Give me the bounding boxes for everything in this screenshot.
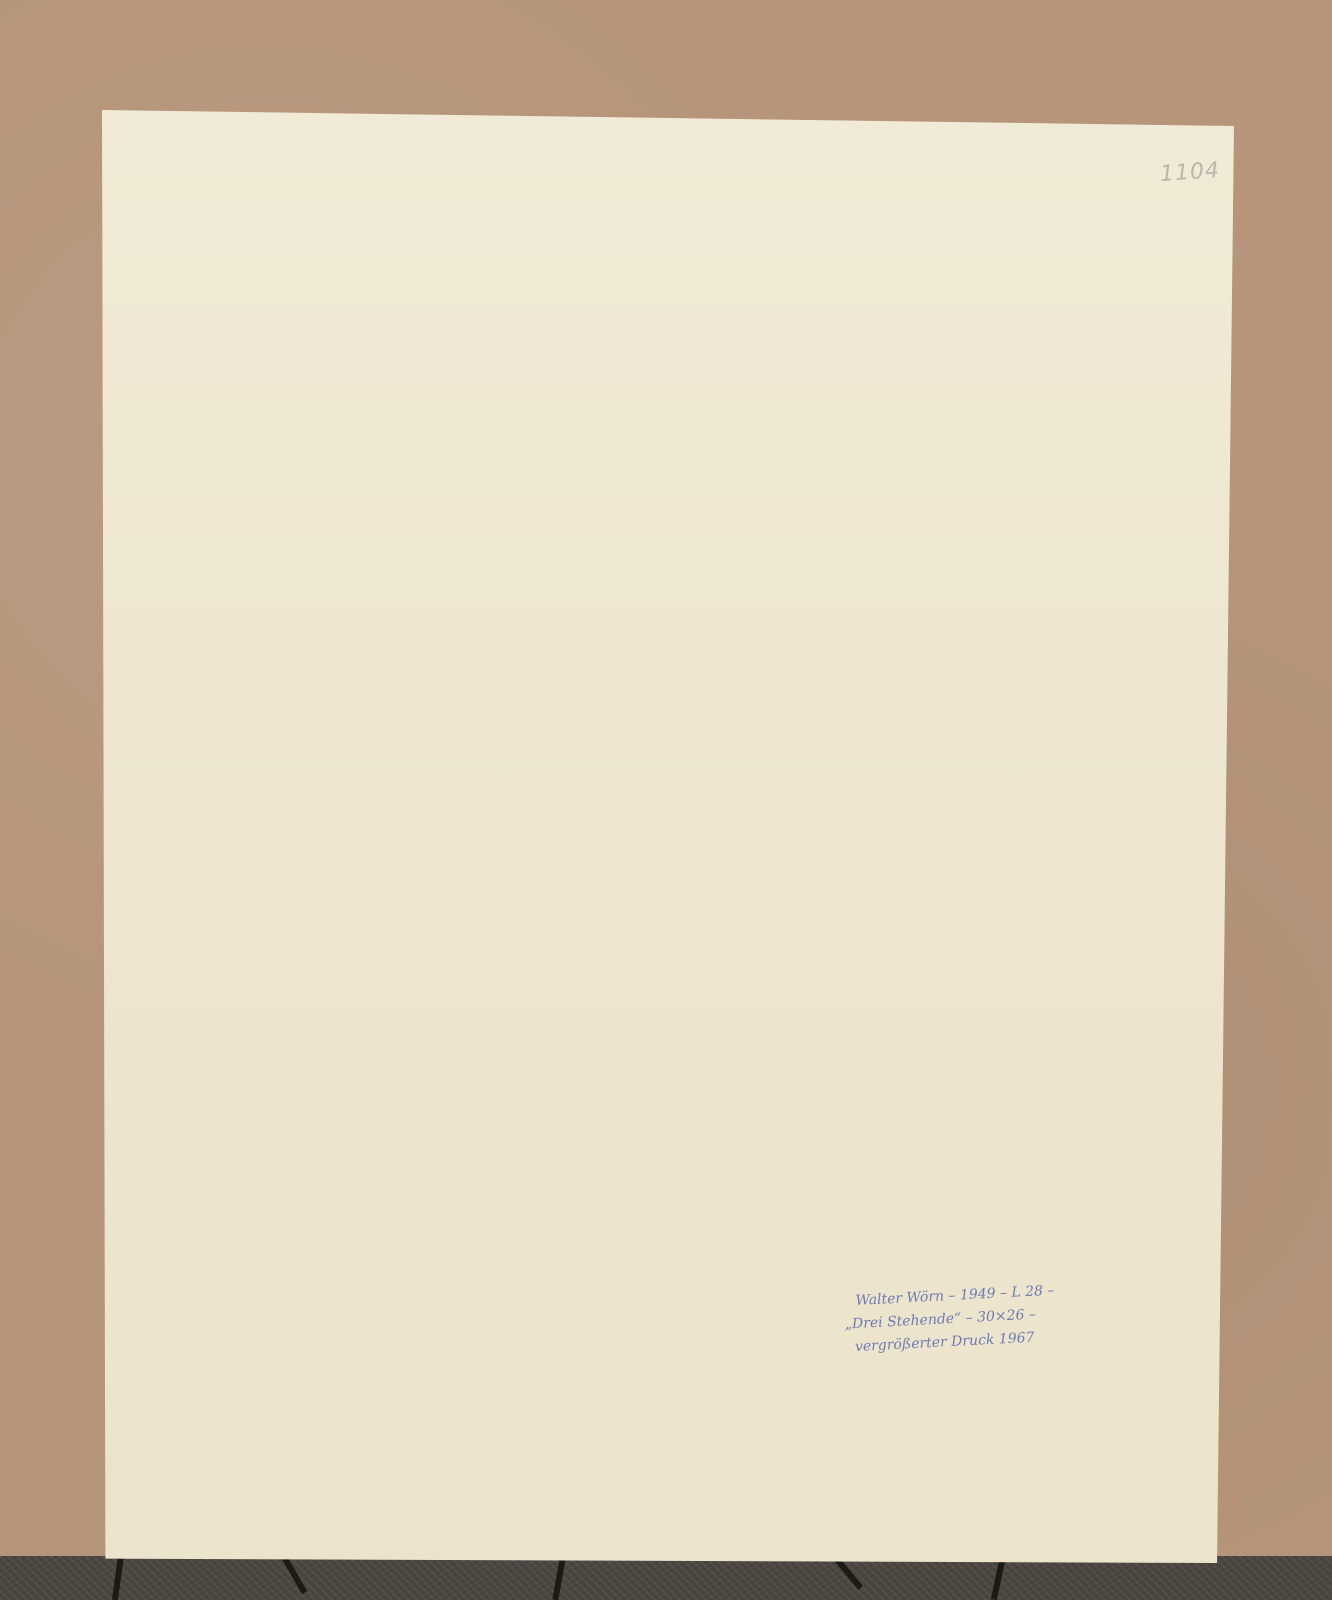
inventory-number: 1104 [1159, 158, 1221, 187]
handwritten-annotation: Walter Wörn – 1949 – L 28 – „Drei Stehen… [855, 1280, 1057, 1359]
paper-sheet [102, 110, 1234, 1563]
